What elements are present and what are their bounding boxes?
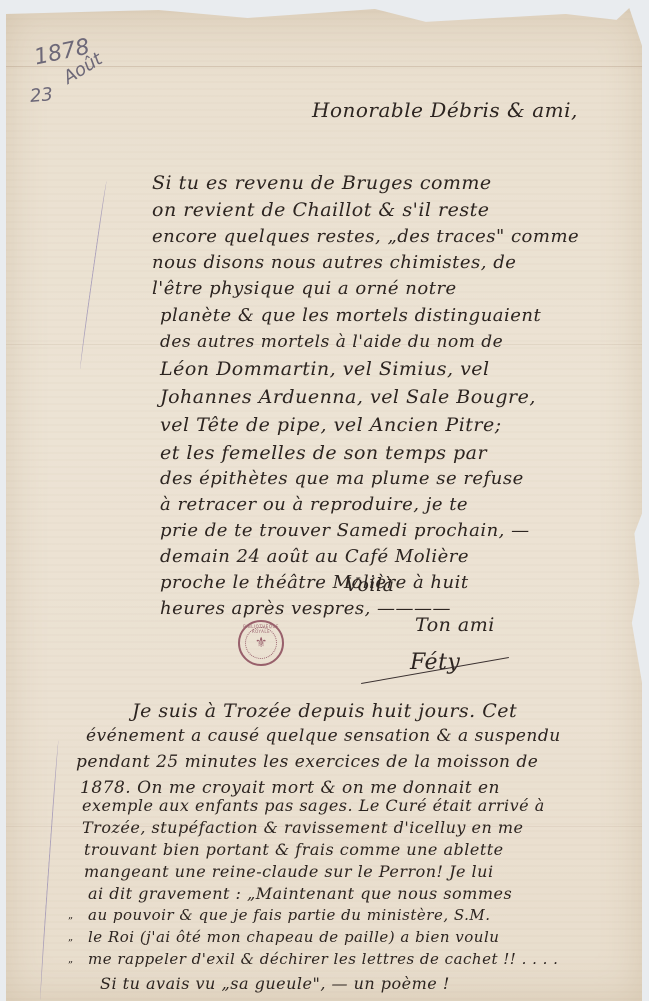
postscript-line: Je suis à Trozée depuis huit jours. Cet (132, 700, 517, 722)
postscript-line: exemple aux enfants pas sages. Le Curé é… (82, 796, 545, 815)
body-line: nous disons nous autres chimistes, de (152, 252, 516, 273)
postscript-line: 1878. On me croyait mort & on me donnait… (80, 778, 500, 798)
quote-mark: „ (68, 910, 73, 921)
postscript-line: Si tu avais vu „sa gueule", — un poème ! (100, 974, 450, 993)
postscript-line: pendant 25 minutes les exercices de la m… (76, 752, 538, 772)
body-line: Johannes Arduenna, vel Sale Bougre, (160, 386, 536, 408)
body-line: à retracer ou à reproduire, je te (160, 494, 468, 515)
closing-ton-ami: Ton ami (415, 614, 495, 636)
body-line: des épithètes que ma plume se refuse (160, 468, 524, 489)
body-line: demain 24 août au Café Molière (160, 546, 469, 567)
body-line: on revient de Chaillot & s'il reste (152, 199, 489, 221)
signature: Féty (410, 650, 460, 675)
body-line: encore quelques restes, „des traces" com… (152, 226, 579, 247)
stamp-text: BIBLIOTHÈQUE ROYALE (240, 624, 282, 634)
body-line: heures après vespres, ———— (160, 598, 451, 619)
body-line: vel Tête de pipe, vel Ancien Pitre; (160, 414, 502, 436)
body-line: proche le théâtre Molière à huit (160, 572, 469, 593)
postscript-line: le Roi (j'ai ôté mon chapeau de paille) … (88, 928, 499, 946)
postscript-line: au pouvoir & que je fais partie du minis… (88, 906, 491, 924)
closing-voila: Voilà (345, 574, 394, 596)
body-line: prie de te trouver Samedi prochain, — (160, 520, 530, 541)
pencil-day-annotation: 23 (29, 84, 54, 107)
salutation: Honorable Débris & ami, (312, 98, 578, 122)
postscript-line: Trozée, stupéfaction & ravissement d'ice… (82, 818, 524, 837)
body-line: Si tu es revenu de Bruges comme (152, 172, 492, 194)
postscript-line: mangeant une reine-claude sur le Perron!… (84, 862, 494, 881)
postscript-line: ai dit gravement : „Maintenant que nous … (88, 884, 512, 903)
body-line: et les femelles de son temps par (160, 442, 487, 464)
postscript-line: événement a causé quelque sensation & a … (86, 726, 561, 746)
postscript-line: me rappeler d'exil & déchirer les lettre… (88, 950, 558, 968)
body-line: des autres mortels à l'aide du nom de (160, 332, 503, 352)
body-line: Léon Dommartin, vel Simius, vel (160, 358, 490, 380)
quote-mark: „ (68, 932, 73, 943)
quote-mark: „ (68, 954, 73, 965)
postscript-line: trouvant bien portant & frais comme une … (84, 840, 504, 859)
body-line: planète & que les mortels distinguaient (160, 305, 541, 326)
library-stamp: BIBLIOTHÈQUE ROYALE ⚜ (238, 620, 284, 666)
body-line: l'être physique qui a orné notre (152, 278, 457, 299)
